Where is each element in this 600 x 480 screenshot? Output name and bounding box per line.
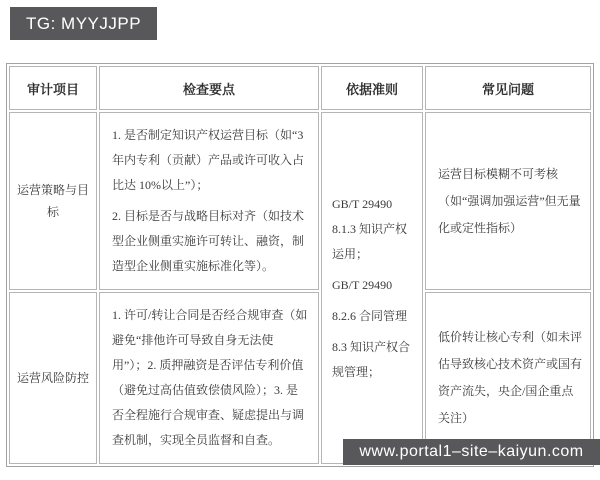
audit-table: 审计项目 检查要点 依据准则 常见问题 运营策略与目标 1. 是否制定知识产权运… [6,63,594,467]
telegram-watermark: TG: MYYJJPP [10,7,157,40]
cell-check-points-risk: 1. 许可/转让合同是否经合规审查（如避免“排他许可导致自身无法使用”）；2. … [99,292,319,464]
check-point-paragraph: 2. 目标是否与战略目标对齐（如技术型企业侧重实施许可转让、融资，制造型企业侧重… [112,204,308,279]
site-url-watermark: www.portal1–site–kaiyun.com [343,439,600,465]
column-header-audit-item: 审计项目 [9,66,97,110]
cell-basis-standards: GB/T 29490 8.1.3 知识产权运用； GB/T 29490 8.2.… [321,112,423,464]
header-row: 审计项目 检查要点 依据准则 常见问题 [9,66,591,110]
cell-audit-item-risk: 运营风险防控 [9,292,97,464]
column-header-basis-standards: 依据准则 [321,66,423,110]
page: { "watermarks": { "top": "TG: MYYJJPP", … [0,0,600,480]
basis-standard-line: GB/T 29490 8.1.3 知识产权运用； [332,192,416,267]
column-header-check-points: 检查要点 [99,66,319,110]
cell-check-points-strategy: 1. 是否制定知识产权运营目标（如“3 年内专利（贡献）产品或许可收入占比达 1… [99,112,319,290]
cell-common-issues-strategy: 运营目标模糊不可考核（如“强调加强运营”但无量化或定性指标） [425,112,591,290]
basis-standard-line: GB/T 29490 [332,273,416,298]
audit-table-container: 审计项目 检查要点 依据准则 常见问题 运营策略与目标 1. 是否制定知识产权运… [6,63,594,467]
basis-standard-line: 8.2.6 合同管理 [332,304,416,329]
cell-audit-item-strategy: 运营策略与目标 [9,112,97,290]
column-header-common-issues: 常见问题 [425,66,591,110]
table-row: 运营策略与目标 1. 是否制定知识产权运营目标（如“3 年内专利（贡献）产品或许… [9,112,591,290]
basis-standard-line: 8.3 知识产权合规管理； [332,335,416,385]
check-point-paragraph: 1. 许可/转让合同是否经合规审查（如避免“排他许可导致自身无法使用”）；2. … [112,303,308,453]
check-point-paragraph: 1. 是否制定知识产权运营目标（如“3 年内专利（贡献）产品或许可收入占比达 1… [112,123,308,198]
